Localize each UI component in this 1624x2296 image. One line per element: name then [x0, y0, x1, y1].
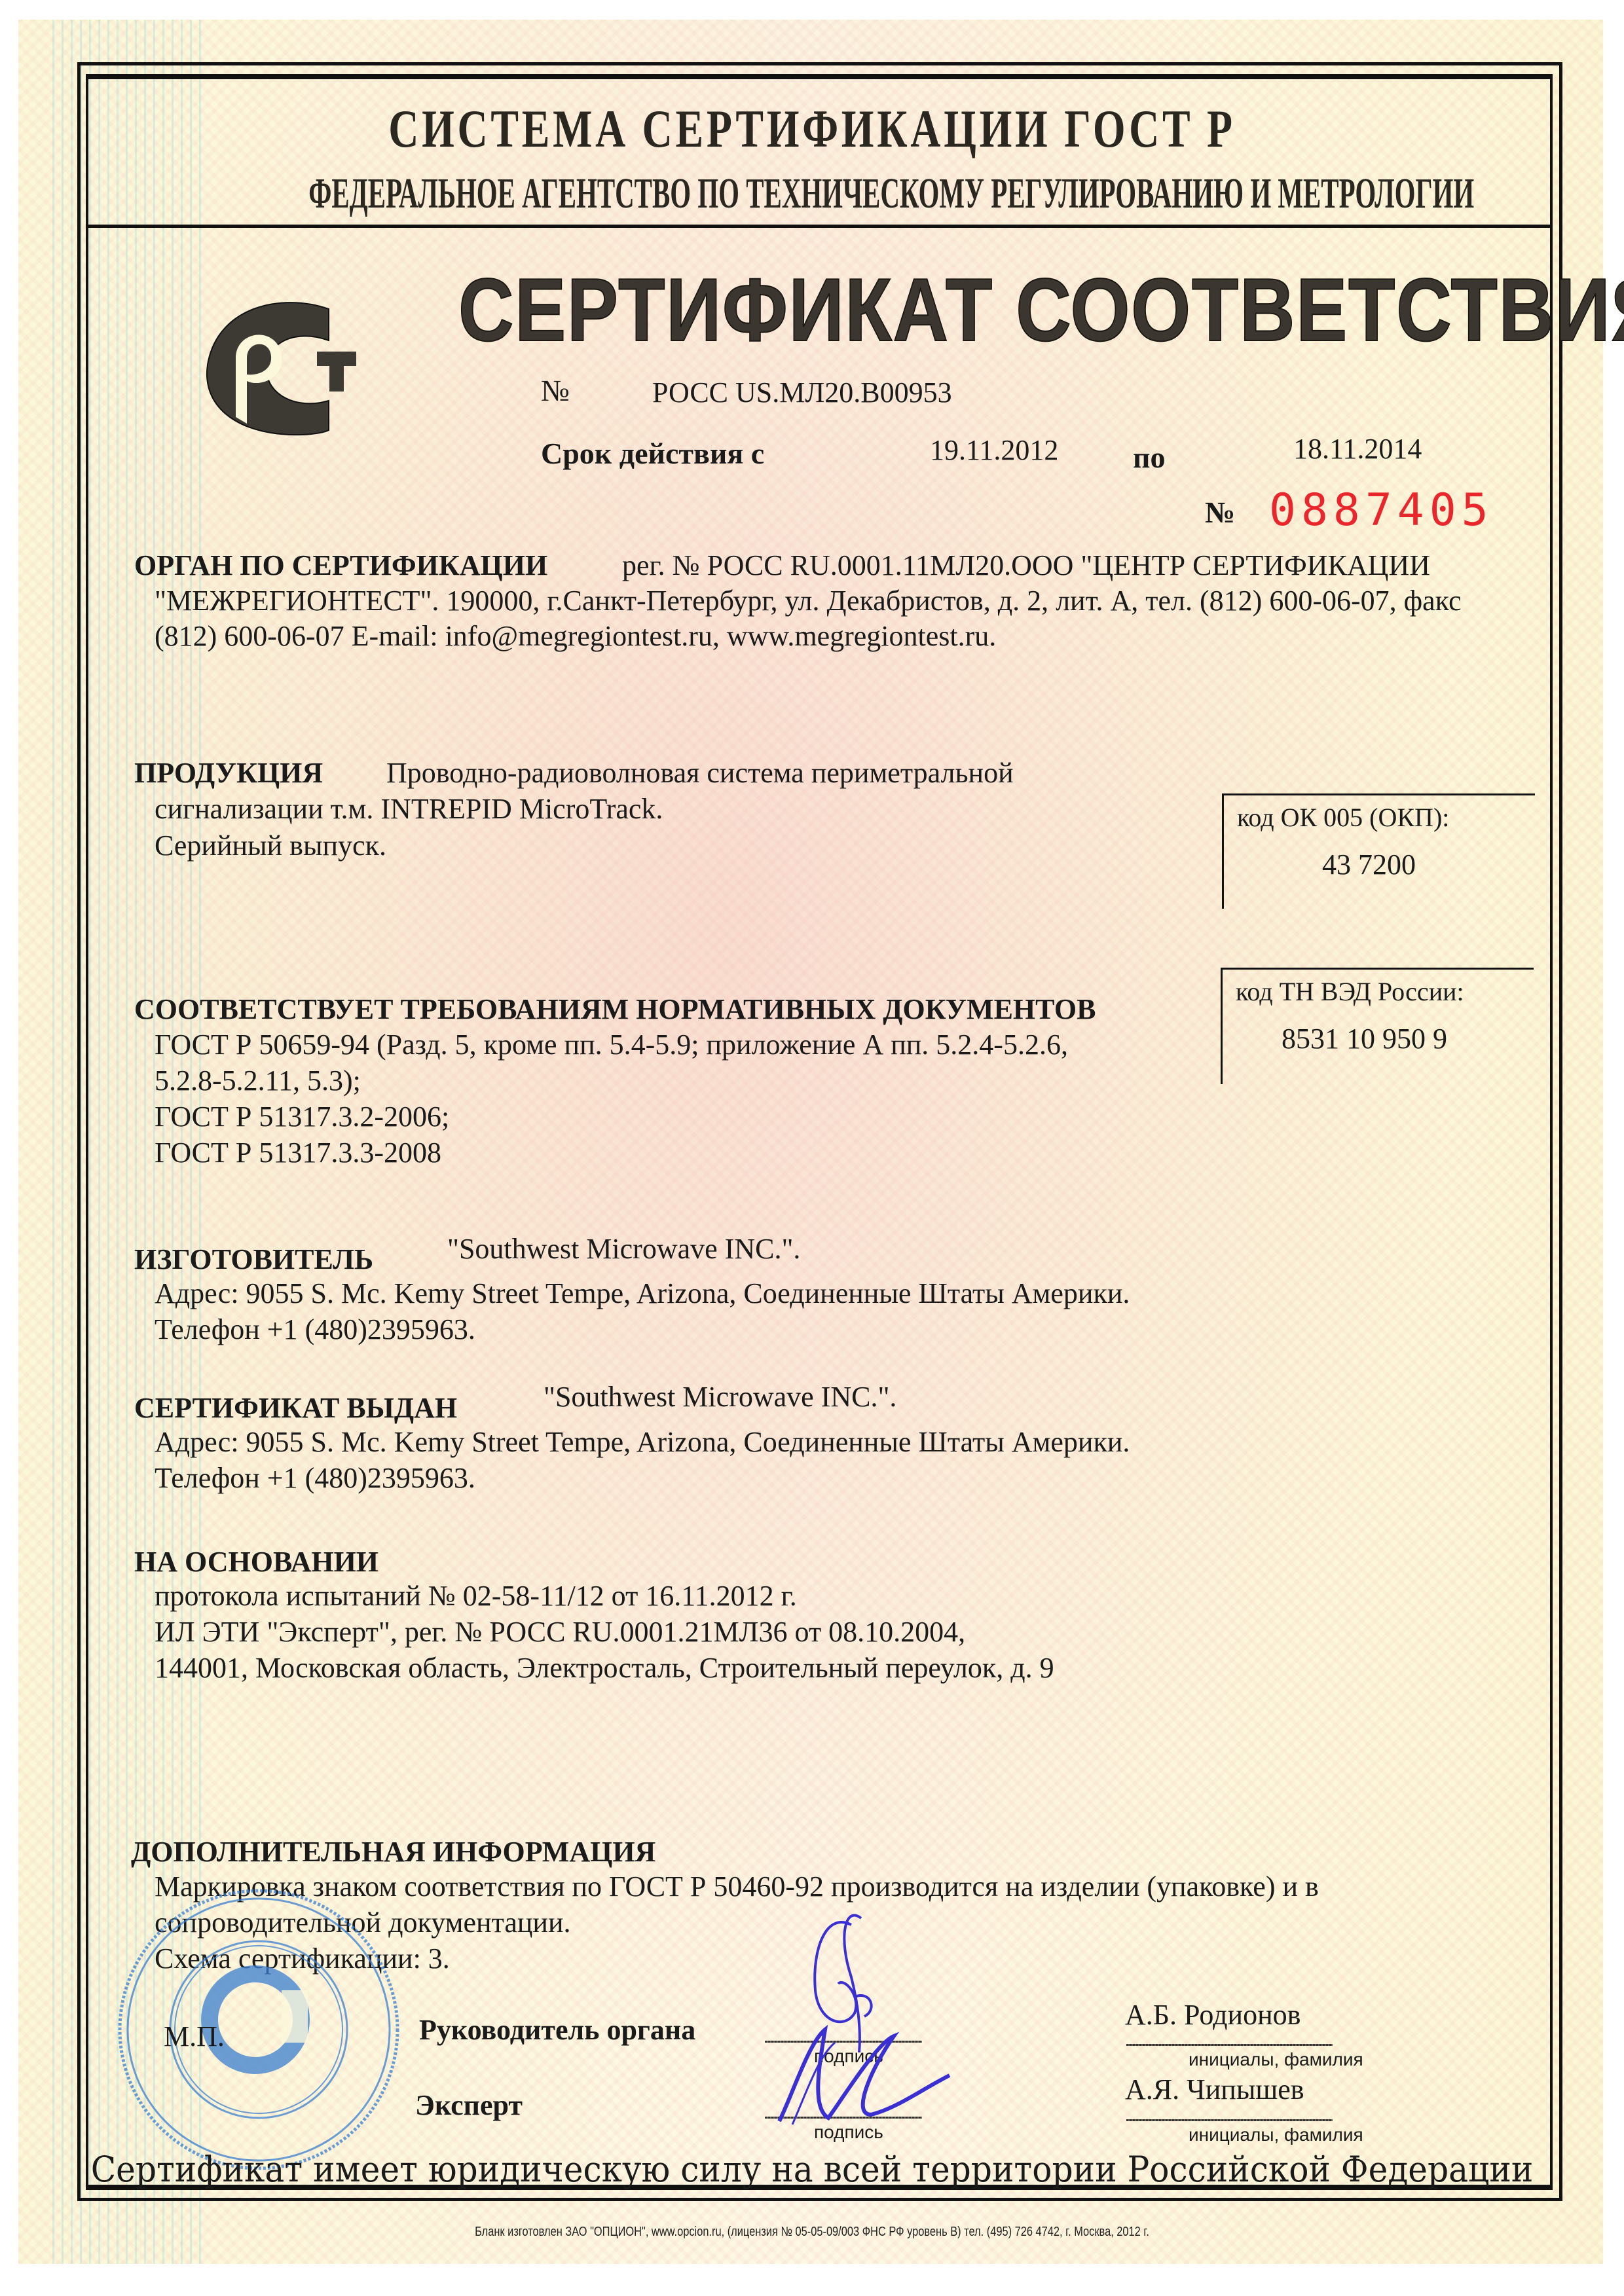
issued-to-name: "Southwest Microwave INC.". — [544, 1380, 896, 1413]
name-caption: инициалы, фамилия — [1189, 2049, 1363, 2070]
certification-body-label: ОРГАН ПО СЕРТИФИКАЦИИ — [134, 549, 547, 582]
pct-conformity-mark-icon — [204, 296, 401, 440]
legal-validity-statement: Сертификат имеет юридическую силу на все… — [57, 2149, 1567, 2190]
certificate-number: РОСС US.МЛ20.В00953 — [652, 376, 952, 409]
expert-signature-line — [765, 2117, 922, 2119]
expert-label: Эксперт — [415, 2088, 523, 2122]
product-line: Проводно-радиоволновая система периметра… — [386, 756, 1014, 790]
standard-line: ГОСТ Р 50659-94 (Разд. 5, кроме пп. 5.4-… — [155, 1028, 1068, 1061]
manufacturer-label: ИЗГОТОВИТЕЛЬ — [134, 1243, 373, 1276]
basis-line: 144001, Московская область, Электросталь… — [155, 1651, 1054, 1685]
signature-caption: подпись — [814, 2122, 883, 2143]
additional-info-label: ДОПОЛНИТЕЛЬНАЯ ИНФОРМАЦИЯ — [131, 1835, 655, 1868]
okp-code-box: код ОК 005 (ОКП): 43 7200 — [1222, 793, 1535, 909]
basis-label: НА ОСНОВАНИИ — [134, 1545, 378, 1578]
tnved-code-value: 8531 10 950 9 — [1282, 1022, 1447, 1055]
expert-name: А.Я. Чипышев — [1125, 2073, 1304, 2106]
seal-place-label: М.П. — [164, 2020, 225, 2053]
compliance-label: СООТВЕТСТВУЕТ ТРЕБОВАНИЯМ НОРМАТИВНЫХ ДО… — [134, 993, 1096, 1026]
name-caption: инициалы, фамилия — [1189, 2124, 1363, 2145]
head-of-body-label: Руководитель органа — [419, 2013, 695, 2047]
round-seal-stamp-icon — [115, 1886, 403, 2174]
valid-from-date: 19.11.2012 — [930, 433, 1058, 467]
manufacturer-phone: Телефон +1 (480)2395963. — [155, 1313, 475, 1346]
okp-code-label: код ОК 005 (ОКП): — [1237, 802, 1449, 833]
header-separator — [88, 225, 1553, 228]
product-line: сигнализации т.м. INTREPID MicroTrack. — [155, 792, 663, 826]
certificate-number-sign: № — [541, 373, 570, 408]
product-label: ПРОДУКЦИЯ — [134, 756, 323, 790]
standard-line: ГОСТ Р 51317.3.3-2008 — [155, 1136, 441, 1169]
expert-name-line — [1126, 2119, 1333, 2121]
okp-code-value: 43 7200 — [1322, 848, 1416, 881]
standard-line: 5.2.8-5.2.11, 5.3); — [155, 1064, 361, 1097]
agency-heading: ФЕДЕРАЛЬНОЕ АГЕНТСТВО ПО ТЕХНИЧЕСКОМУ РЕ… — [308, 169, 1316, 219]
standard-line: ГОСТ Р 51317.3.2-2006; — [155, 1100, 449, 1133]
basis-line: ИЛ ЭТИ "Эксперт", рег. № РОСС RU.0001.21… — [155, 1615, 965, 1649]
printer-imprint: Бланк изготовлен ЗАО "ОПЦИОН", www.opcio… — [146, 2225, 1478, 2240]
tnved-code-box: код ТН ВЭД России: 8531 10 950 9 — [1221, 968, 1534, 1084]
head-name-line — [1126, 2044, 1333, 2046]
basis-line: протокола испытаний № 02-58-11/12 от 16.… — [155, 1579, 797, 1613]
certification-body-line: "МЕЖРЕГИОНТЕСТ". 190000, г.Санкт-Петербу… — [155, 584, 1461, 617]
document-title: СЕРТИФИКАТ СООТВЕТСТВИЯ — [458, 259, 1624, 361]
head-signature-line — [765, 2041, 922, 2043]
manufacturer-name: "Southwest Microwave INC.". — [447, 1232, 800, 1266]
issued-to-phone: Телефон +1 (480)2395963. — [155, 1461, 475, 1495]
form-serial-number: 0887405 — [1269, 484, 1494, 536]
issued-to-address: Адрес: 9055 S. Mc. Kemy Street Tempe, Ar… — [155, 1425, 1130, 1459]
tnved-code-label: код ТН ВЭД России: — [1236, 976, 1464, 1007]
validity-label: Срок действия с — [541, 436, 764, 471]
head-name: А.Б. Родионов — [1125, 1998, 1301, 2032]
product-line: Серийный выпуск. — [155, 829, 386, 862]
form-number-sign: № — [1205, 495, 1235, 530]
issued-to-label: СЕРТИФИКАТ ВЫДАН — [134, 1391, 457, 1425]
certification-body-line: (812) 600-06-07 E-mail: info@megregionte… — [155, 619, 996, 653]
signature-caption: подпись — [814, 2046, 883, 2067]
certification-system-heading: СИСТЕМА СЕРТИФИКАЦИИ ГОСТ Р — [179, 98, 1445, 160]
certification-body-line: рег. № РОСС RU.0001.11МЛ20.ООО "ЦЕНТР СЕ… — [622, 549, 1430, 582]
valid-to-date: 18.11.2014 — [1293, 432, 1422, 465]
valid-to-label: по — [1133, 440, 1166, 475]
manufacturer-address: Адрес: 9055 S. Mc. Kemy Street Tempe, Ar… — [155, 1277, 1130, 1310]
